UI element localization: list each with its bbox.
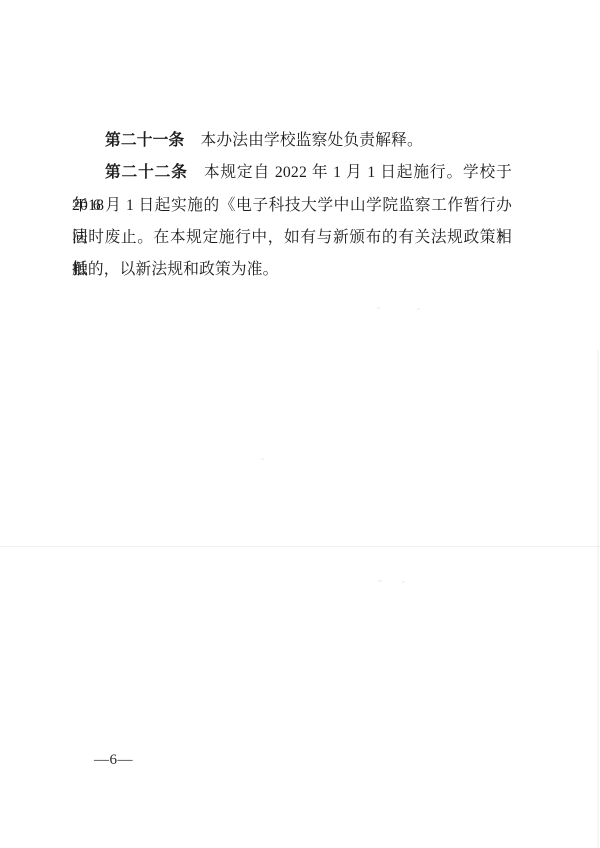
article-22-number: 第二十二条 (105, 164, 188, 181)
scan-speck (378, 580, 382, 582)
scan-speck (261, 458, 264, 460)
article-22-line-3: 同时废止。在本规定施行中，如有与新颁布的有关法规政策相抵 (72, 222, 512, 254)
scan-speck (402, 581, 405, 583)
article-21-text: 本办法由学校监察处负责解释。 (200, 132, 422, 149)
scan-artifact-edge (597, 350, 599, 848)
article-22-line-4: 触的，以新法规和政策为准。 (72, 254, 512, 286)
article-22-line-1: 第二十二条本规定自 2022 年 1 月 1 日起施行。学校于 2018 (72, 157, 512, 189)
article-22-line-2: 年 6 月 1 日起实施的《电子科技大学中山学院监察工作暂行办法》 (72, 190, 512, 222)
scan-artifact-line (0, 546, 600, 547)
article-21-number: 第二十一条 (105, 132, 184, 149)
article-21-line-1: 第二十一条本办法由学校监察处负责解释。 (72, 125, 512, 157)
scan-speck (377, 307, 380, 309)
page-number: —6— (94, 750, 133, 770)
scan-speck (417, 308, 420, 310)
document-page: 第二十一条本办法由学校监察处负责解释。 第二十二条本规定自 2022 年 1 月… (0, 0, 600, 848)
document-body: 第二十一条本办法由学校监察处负责解释。 第二十二条本规定自 2022 年 1 月… (72, 125, 512, 286)
